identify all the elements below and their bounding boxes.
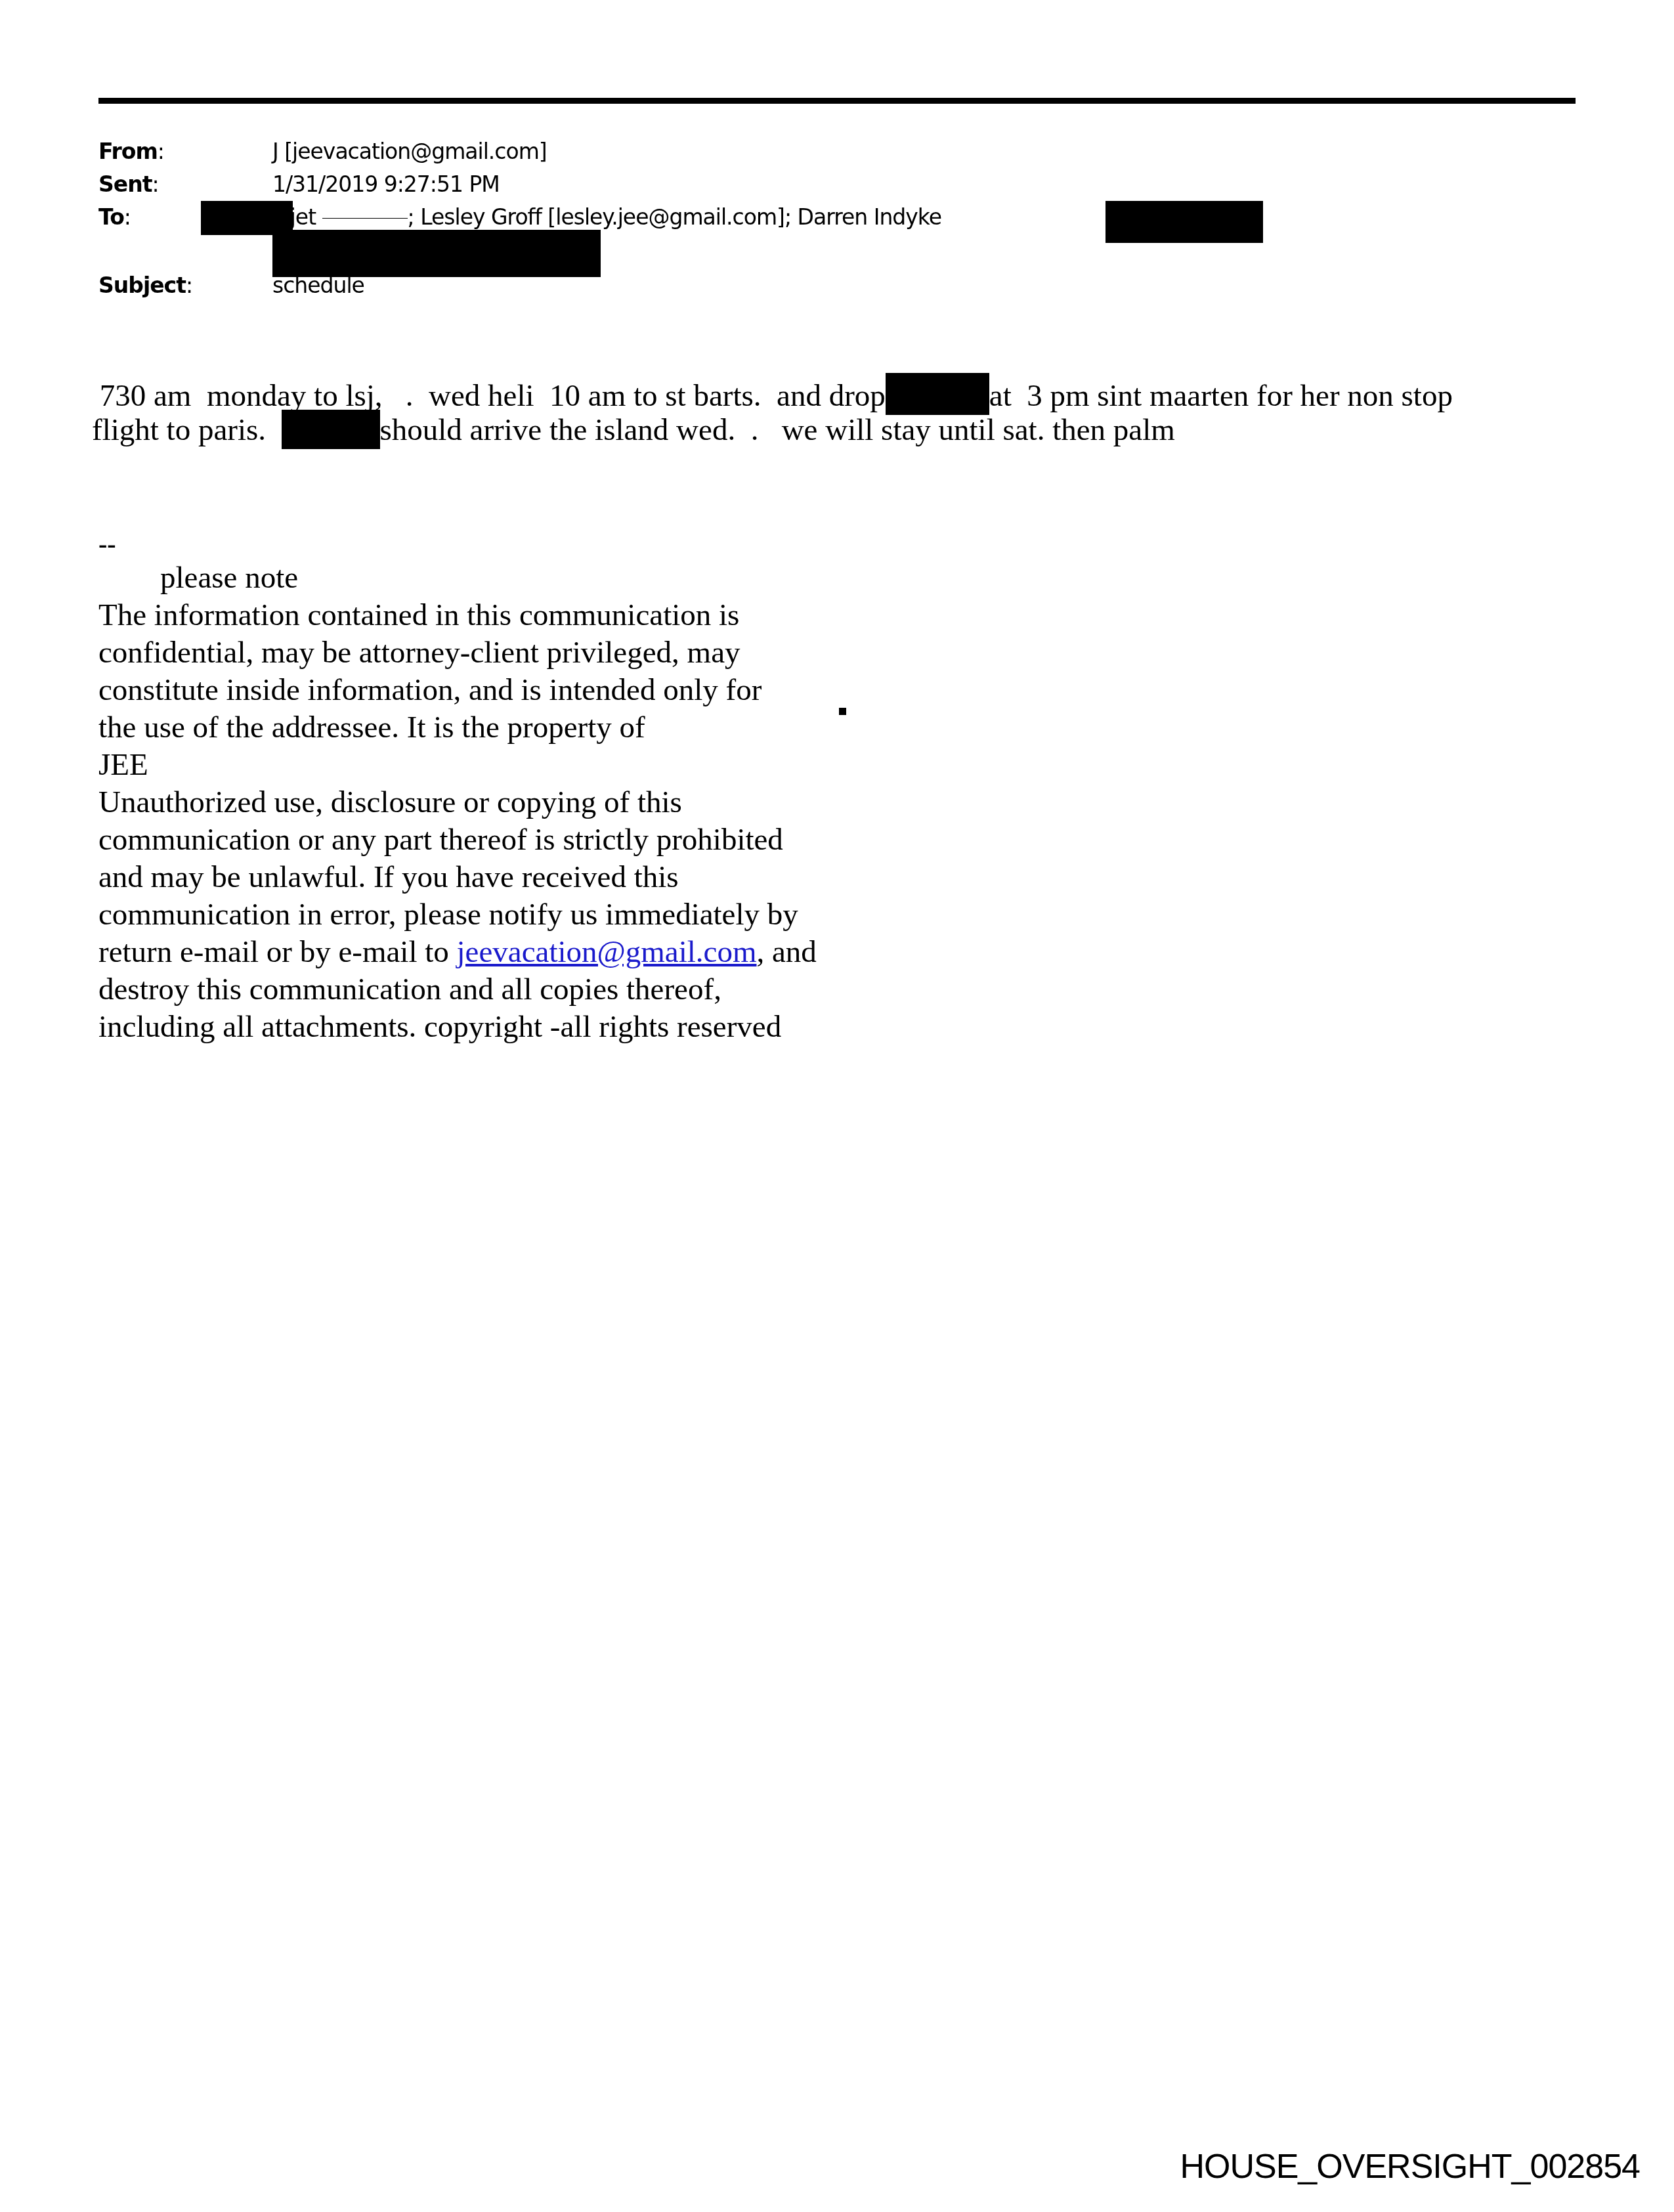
- body-line-2: flight to paris. should arrive the islan…: [92, 410, 1175, 449]
- email-link[interactable]: jeevacation@gmail.com: [457, 935, 757, 969]
- disclaimer-line: JEE: [98, 747, 817, 784]
- disclaimer-line: the use of the addressee. It is the prop…: [98, 709, 817, 747]
- please-note: please note: [98, 559, 817, 597]
- redaction-box: [1105, 201, 1263, 243]
- subject-value: schedule: [272, 269, 364, 302]
- disclaimer-line: destroy this communication and all copie…: [98, 971, 817, 1008]
- bates-number: HOUSE_OVERSIGHT_002854: [1180, 2147, 1640, 2186]
- scan-artifact-dot: [839, 708, 846, 715]
- redaction-box: [282, 410, 380, 449]
- disclaimer-line: including all attachments. copyright -al…: [98, 1008, 817, 1046]
- confidentiality-disclaimer: please noteThe information contained in …: [98, 559, 817, 1046]
- from-label: From:: [98, 135, 164, 168]
- to-label: To:: [98, 201, 131, 234]
- disclaimer-line: communication in error, please notify us…: [98, 896, 817, 934]
- body-line-1: 730 am monday to lsj, . wed heli 10 am t…: [92, 373, 1453, 415]
- to-recipients-text: ; Lesley Groff [lesley.jee@gmail.com]; D…: [408, 204, 941, 230]
- sent-value: 1/31/2019 9:27:51 PM: [272, 168, 500, 201]
- signature-separator: --: [98, 525, 116, 563]
- sent-label: Sent:: [98, 168, 159, 201]
- header-rule: [98, 98, 1576, 104]
- redaction-box: [886, 373, 989, 415]
- to-value: lvjet ; Lesley Groff [lesley.jee@gmail.c…: [272, 201, 941, 234]
- disclaimer-line: Unauthorized use, disclosure or copying …: [98, 784, 817, 821]
- disclaimer-line: The information contained in this commun…: [98, 597, 817, 634]
- disclaimer-line: constitute inside information, and is in…: [98, 672, 817, 709]
- subject-label: Subject:: [98, 269, 192, 302]
- disclaimer-line: and may be unlawful. If you have receive…: [98, 859, 817, 896]
- redaction-spacer: [322, 218, 408, 219]
- from-value: J [jeevacation@gmail.com]: [272, 135, 547, 168]
- disclaimer-line: confidential, may be attorney-client pri…: [98, 634, 817, 672]
- disclaimer-line: return e-mail or by e-mail to jeevacatio…: [98, 934, 817, 971]
- disclaimer-line: communication or any part thereof is str…: [98, 821, 817, 859]
